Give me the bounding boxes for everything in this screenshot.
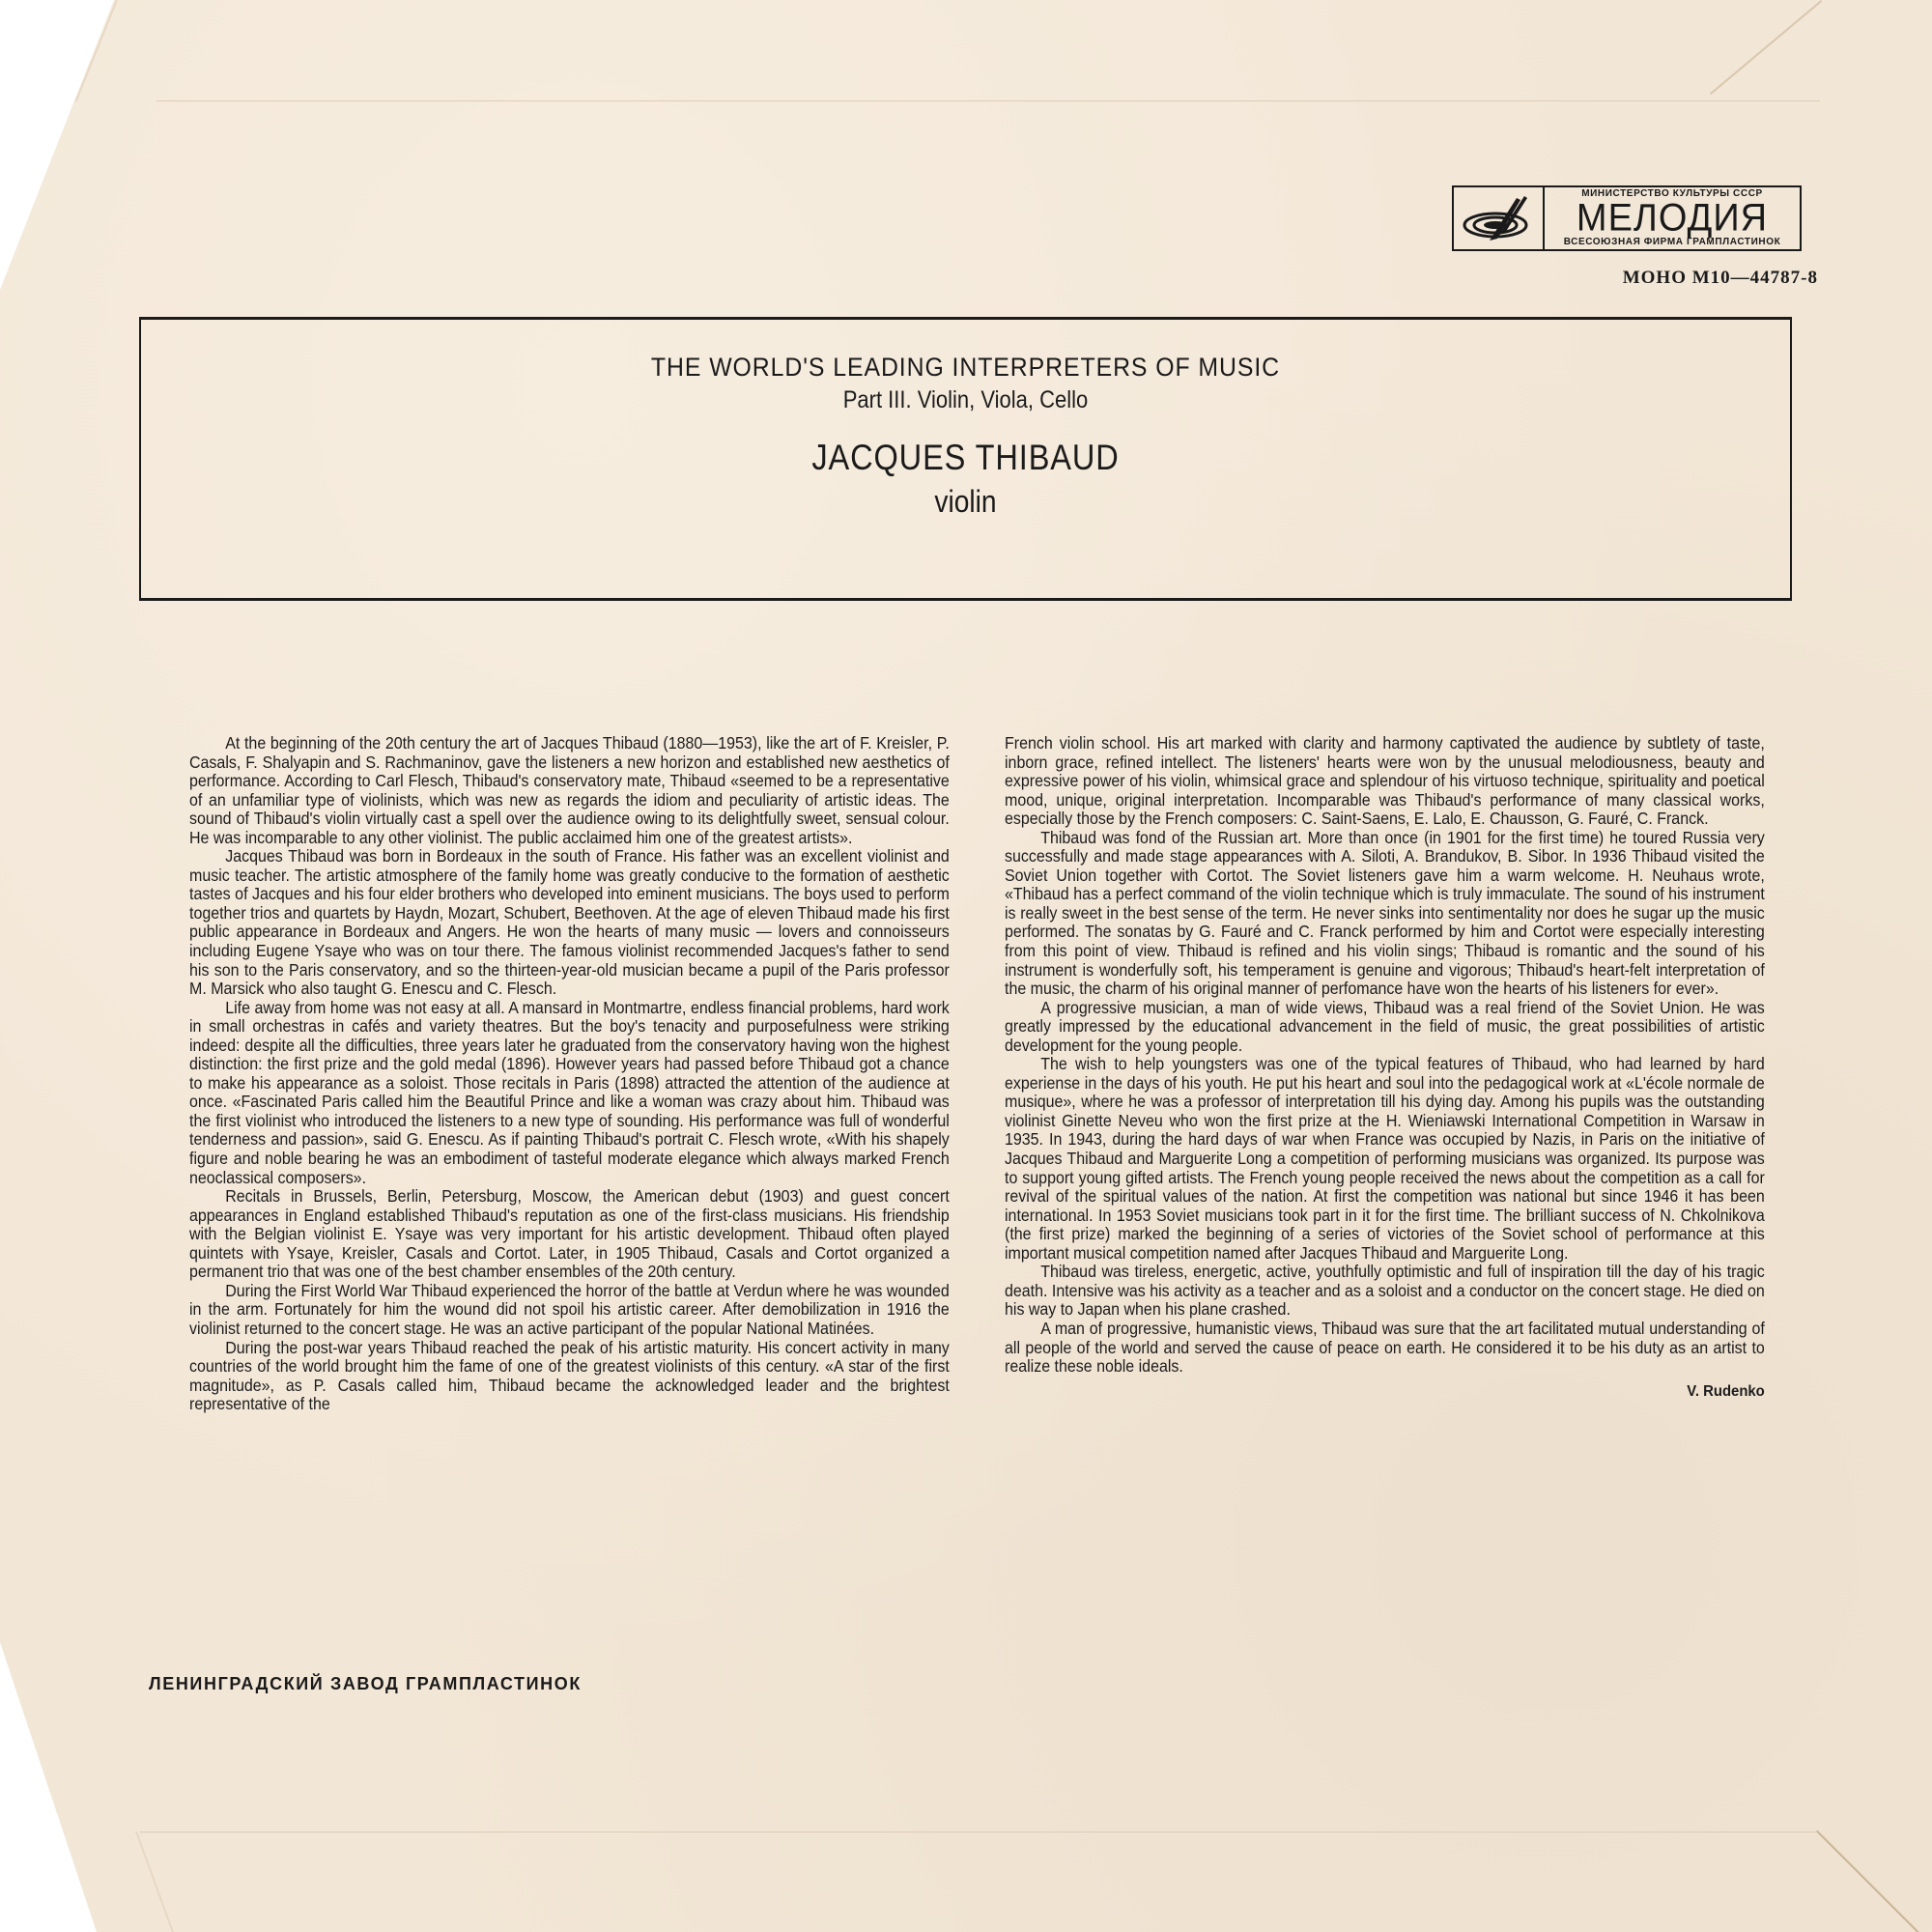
- fold-line-diagonal: [1710, 0, 1822, 95]
- paragraph: The wish to help youngsters was one of t…: [1005, 1055, 1765, 1263]
- fold-line-diagonal: [75, 0, 118, 101]
- fold-line-top: [156, 100, 1820, 101]
- paragraph: A progressive musician, a man of wide vi…: [1005, 999, 1765, 1056]
- paragraph: Jacques Thibaud was born in Bordeaux in …: [189, 847, 950, 998]
- paragraph: French violin school. His art marked wit…: [1005, 734, 1765, 829]
- paragraph: A man of progressive, humanistic views, …: [1005, 1320, 1765, 1377]
- melodiya-label-logo: МИНИСТЕРСТВО КУЛЬТУРЫ СССР МЕЛОДИЯ ВСЕСО…: [1452, 185, 1802, 251]
- fold-line-diagonal: [1816, 1831, 1919, 1932]
- pressing-plant-name: ЛЕНИНГРАДСКИЙ ЗАВОД ГРАМПЛАСТИНОК: [149, 1674, 582, 1694]
- fold-line-bottom: [140, 1832, 1816, 1833]
- record-sleeve-back: МИНИСТЕРСТВО КУЛЬТУРЫ СССР МЕЛОДИЯ ВСЕСО…: [0, 0, 1932, 1932]
- paragraph: Thibaud was fond of the Russian art. Mor…: [1005, 829, 1765, 999]
- paragraph: Recitals in Brussels, Berlin, Petersburg…: [189, 1187, 950, 1282]
- series-title: THE WORLD'S LEADING INTERPRETERS OF MUSI…: [207, 353, 1723, 383]
- title-box: THE WORLD'S LEADING INTERPRETERS OF MUSI…: [139, 317, 1792, 601]
- liner-notes-right-column: French violin school. His art marked wit…: [1005, 734, 1765, 1401]
- paragraph: Life away from home was not easy at all.…: [189, 999, 950, 1187]
- part-title: Part III. Violin, Viola, Cello: [240, 386, 1690, 414]
- instrument-label: violin: [240, 484, 1690, 520]
- author-signature: V. Rudenko: [1005, 1382, 1765, 1402]
- paragraph: Thibaud was tireless, energetic, active,…: [1005, 1263, 1765, 1320]
- brand-name: МЕЛОДИЯ: [1577, 199, 1768, 238]
- artist-name: JACQUES THIBAUD: [240, 438, 1690, 478]
- paragraph: During the post-war years Thibaud reache…: [189, 1339, 950, 1414]
- melodiya-disc-logo-icon: [1454, 187, 1545, 249]
- catalog-number: МОНО М10—44787-8: [1623, 268, 1818, 289]
- paragraph: At the beginning of the 20th century the…: [189, 734, 950, 847]
- liner-notes-left-column: At the beginning of the 20th century the…: [189, 734, 950, 1414]
- fold-line-diagonal: [135, 1832, 176, 1932]
- paragraph: During the First World War Thibaud exper…: [189, 1282, 950, 1339]
